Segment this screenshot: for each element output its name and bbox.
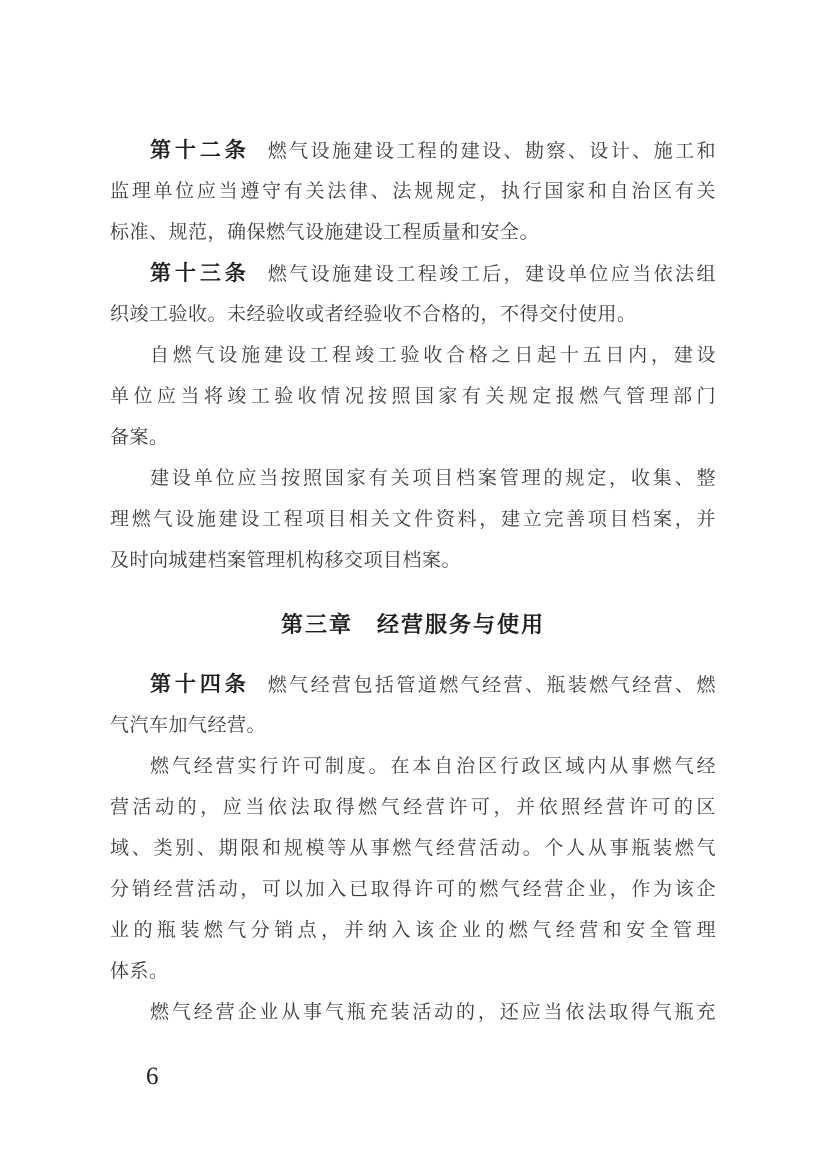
line-text: 单位应当将竣工验收情况按照国家有关规定报燃气管理部门: [110, 386, 716, 407]
line-text: 燃气经营实行许可制度。在本自治区行政区域内从事燃气经: [150, 756, 716, 777]
line-text: 监理单位应当遵守有关法律、法规规定，执行国家和自治区有关: [110, 181, 716, 202]
line-text: 燃气设施建设工程竣工后，建设单位应当依法组: [268, 264, 716, 285]
line-text: 自燃气设施建设工程竣工验收合格之日起十五日内，建设: [150, 345, 716, 366]
text-line: 燃气经营实行许可制度。在本自治区行政区域内从事燃气经: [110, 746, 716, 787]
line-text: 域、类别、期限和规模等从事燃气经营活动。个人从事瓶装燃气: [110, 838, 716, 859]
text-line: 单位应当将竣工验收情况按照国家有关规定报燃气管理部门: [110, 376, 716, 417]
text-line: 第十四条燃气经营包括管道燃气经营、瓶装燃气经营、燃: [110, 664, 716, 705]
text-line: 织竣工验收。未经验收或者经验收不合格的，不得交付使用。: [110, 294, 716, 335]
text-line: 理燃气设施建设工程项目相关文件资料，建立完善项目档案，并: [110, 499, 716, 540]
text-line: 营活动的，应当依法取得燃气经营许可，并依照经营许可的区: [110, 787, 716, 828]
line-text: 业的瓶装燃气分销点，并纳入该企业的燃气经营和安全管理: [110, 920, 716, 941]
line-text: 燃气经营企业从事气瓶充装活动的，还应当依法取得气瓶充: [150, 1002, 716, 1023]
text-line: 及时向城建档案管理机构移交项目档案。: [110, 540, 716, 581]
line-text: 气汽车加气经营。: [110, 715, 266, 736]
line-text: 燃气经营包括管道燃气经营、瓶装燃气经营、燃: [268, 675, 716, 696]
text-line: 监理单位应当遵守有关法律、法规规定，执行国家和自治区有关: [110, 171, 716, 212]
document-lines: 第十二条燃气设施建设工程的建设、勘察、设计、施工和监理单位应当遵守有关法律、法规…: [110, 130, 716, 1033]
chapter-heading: 第三章 经营服务与使用: [110, 604, 716, 645]
line-text: 建设单位应当按照国家有关项目档案管理的规定，收集、整: [150, 468, 716, 489]
text-line: 建设单位应当按照国家有关项目档案管理的规定，收集、整: [110, 458, 716, 499]
line-text: 理燃气设施建设工程项目相关文件资料，建立完善项目档案，并: [110, 509, 716, 530]
line-text: 标准、规范，确保燃气设施建设工程质量和安全。: [110, 222, 539, 243]
text-line: 第十三条燃气设施建设工程竣工后，建设单位应当依法组: [110, 253, 716, 294]
text-line: 气汽车加气经营。: [110, 705, 716, 746]
text-line: 域、类别、期限和规模等从事燃气经营活动。个人从事瓶装燃气: [110, 828, 716, 869]
article-number: 第十四条: [150, 673, 250, 696]
line-text: 织竣工验收。未经验收或者经验收不合格的，不得交付使用。: [110, 304, 637, 325]
text-line: 自燃气设施建设工程竣工验收合格之日起十五日内，建设: [110, 335, 716, 376]
text-line: 体系。: [110, 951, 716, 992]
document-page: 第十二条燃气设施建设工程的建设、勘察、设计、施工和监理单位应当遵守有关法律、法规…: [0, 0, 826, 1169]
line-text: 营活动的，应当依法取得燃气经营许可，并依照经营许可的区: [110, 797, 716, 818]
line-text: 备案。: [110, 427, 169, 448]
text-line: 分销经营活动，可以加入已取得许可的燃气经营企业，作为该企: [110, 869, 716, 910]
text-line: 燃气经营企业从事气瓶充装活动的，还应当依法取得气瓶充: [110, 992, 716, 1033]
page-number: 6: [146, 1056, 159, 1097]
line-text: 体系。: [110, 961, 169, 982]
text-line: 标准、规范，确保燃气设施建设工程质量和安全。: [110, 212, 716, 253]
text-line: 业的瓶装燃气分销点，并纳入该企业的燃气经营和安全管理: [110, 910, 716, 951]
text-line: 第十二条燃气设施建设工程的建设、勘察、设计、施工和: [110, 130, 716, 171]
text-line: 备案。: [110, 417, 716, 458]
line-text: 燃气设施建设工程的建设、勘察、设计、施工和: [268, 141, 716, 162]
article-number: 第十三条: [150, 262, 250, 285]
line-text: 及时向城建档案管理机构移交项目档案。: [110, 550, 461, 571]
line-text: 分销经营活动，可以加入已取得许可的燃气经营企业，作为该企: [110, 879, 716, 900]
article-number: 第十二条: [150, 139, 250, 162]
